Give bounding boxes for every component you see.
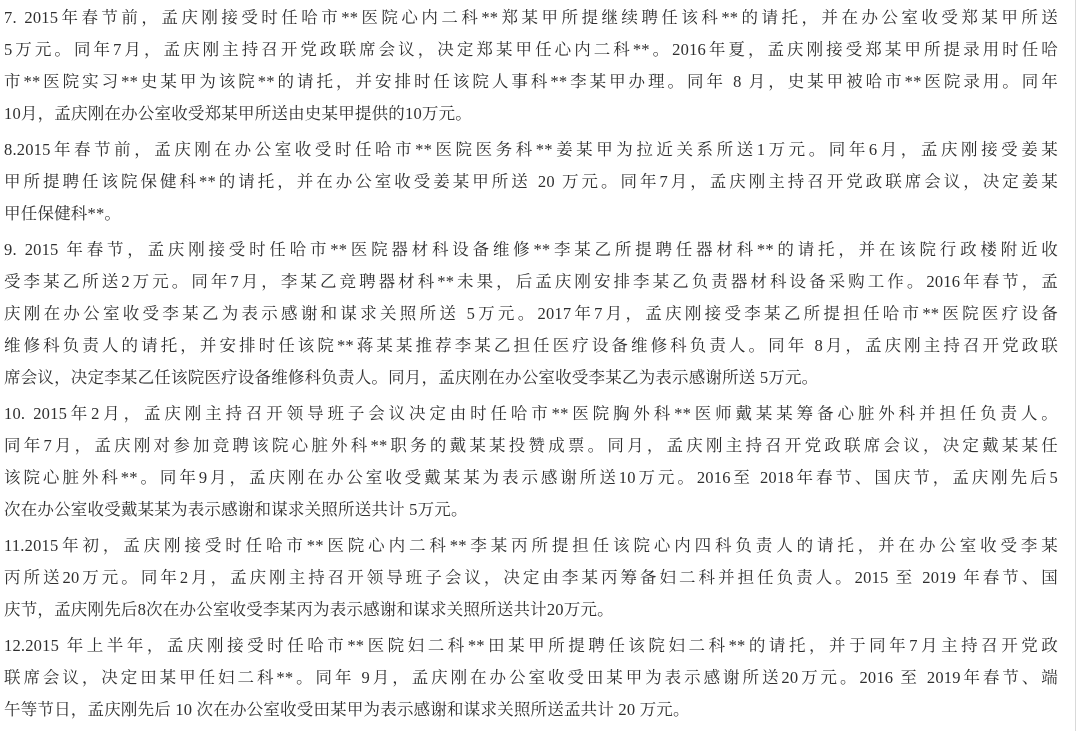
text-line: 次在办公室收受戴某某为表示感谢和谋求关照所送共计 5万元。 <box>4 494 1058 526</box>
text-line: 11.2015年初，孟庆刚接受时任哈市**医院心内二科**李某丙所提担任该院心内… <box>4 530 1058 562</box>
paragraph-9: 9. 2015 年春节，孟庆刚接受时任哈市**医院器材科设备维修**李某乙所提聘… <box>4 234 1058 394</box>
text-line: 8.2015年春节前，孟庆刚在办公室收受时任哈市**医院医务科**姜某甲为拉近关… <box>4 134 1058 166</box>
paragraph-8: 8.2015年春节前，孟庆刚在办公室收受时任哈市**医院医务科**姜某甲为拉近关… <box>4 134 1058 230</box>
text-line: 9. 2015 年春节，孟庆刚接受时任哈市**医院器材科设备维修**李某乙所提聘… <box>4 234 1058 266</box>
page-edge-divider <box>1075 0 1076 731</box>
text-line: 午等节日，孟庆刚先后 10 次在办公室收受田某甲为表示感谢和谋求关照所送孟共计 … <box>4 694 1058 726</box>
text-line: 维修科负责人的请托，并安排时任该院**蒋某某推荐李某乙担任医疗设备维修科负责人。… <box>4 330 1058 362</box>
text-line: 10. 2015年2月，孟庆刚主持召开领导班子会议决定由时任哈市**医院胸外科*… <box>4 398 1058 430</box>
text-line: 市**医院实习**史某甲为该院**的请托，并安排时任该院人事科**李某甲办理。同… <box>4 66 1058 98</box>
text-line: 丙所送20万元。同年2月，孟庆刚主持召开领导班子会议，决定由李某丙筹备妇二科并担… <box>4 562 1058 594</box>
paragraph-12: 12.2015 年上半年，孟庆刚接受时任哈市**医院妇二科**田某甲所提聘任该院… <box>4 630 1058 726</box>
text-line: 庆节，孟庆刚先后8次在办公室收受李某丙为表示感谢和谋求关照所送共计20万元。 <box>4 594 1058 626</box>
paragraph-11: 11.2015年初，孟庆刚接受时任哈市**医院心内二科**李某丙所提担任该院心内… <box>4 530 1058 626</box>
text-line: 甲任保健科**。 <box>4 198 1058 230</box>
text-line: 席会议，决定李某乙任该院医疗设备维修科负责人。同月，孟庆刚在办公室收受李某乙为表… <box>4 362 1058 394</box>
text-line: 受李某乙所送2万元。同年7月，李某乙竞聘器材科**未果，后孟庆刚安排李某乙负责器… <box>4 266 1058 298</box>
text-line: 甲所提聘任该院保健科**的请托，并在办公室收受姜某甲所送 20 万元。同年7月，… <box>4 166 1058 198</box>
text-line: 同年7月，孟庆刚对参加竞聘该院心脏外科**职务的戴某某投赞成票。同月，孟庆刚主持… <box>4 430 1058 462</box>
text-line: 12.2015 年上半年，孟庆刚接受时任哈市**医院妇二科**田某甲所提聘任该院… <box>4 630 1058 662</box>
text-line: 联席会议，决定田某甲任妇二科**。同年 9月，孟庆刚在办公室收受田某甲为表示感谢… <box>4 662 1058 694</box>
text-line: 10月，孟庆刚在办公室收受郑某甲所送由史某甲提供的10万元。 <box>4 98 1058 130</box>
text-line: 7. 2015年春节前，孟庆刚接受时任哈市**医院心内二科**郑某甲所提继续聘任… <box>4 2 1058 34</box>
text-line: 该院心脏外科**。同年9月，孟庆刚在办公室收受戴某某为表示感谢所送10万元。20… <box>4 462 1058 494</box>
text-line: 5万元。同年7月，孟庆刚主持召开党政联席会议，决定郑某甲任心内二科**。2016… <box>4 34 1058 66</box>
document-page: 7. 2015年春节前，孟庆刚接受时任哈市**医院心内二科**郑某甲所提继续聘任… <box>0 0 1080 731</box>
document-content: 7. 2015年春节前，孟庆刚接受时任哈市**医院心内二科**郑某甲所提继续聘任… <box>4 2 1058 726</box>
text-line: 庆刚在办公室收受李某乙为表示感谢和谋求关照所送 5万元。2017年7月，孟庆刚接… <box>4 298 1058 330</box>
paragraph-7: 7. 2015年春节前，孟庆刚接受时任哈市**医院心内二科**郑某甲所提继续聘任… <box>4 2 1058 130</box>
paragraph-10: 10. 2015年2月，孟庆刚主持召开领导班子会议决定由时任哈市**医院胸外科*… <box>4 398 1058 526</box>
